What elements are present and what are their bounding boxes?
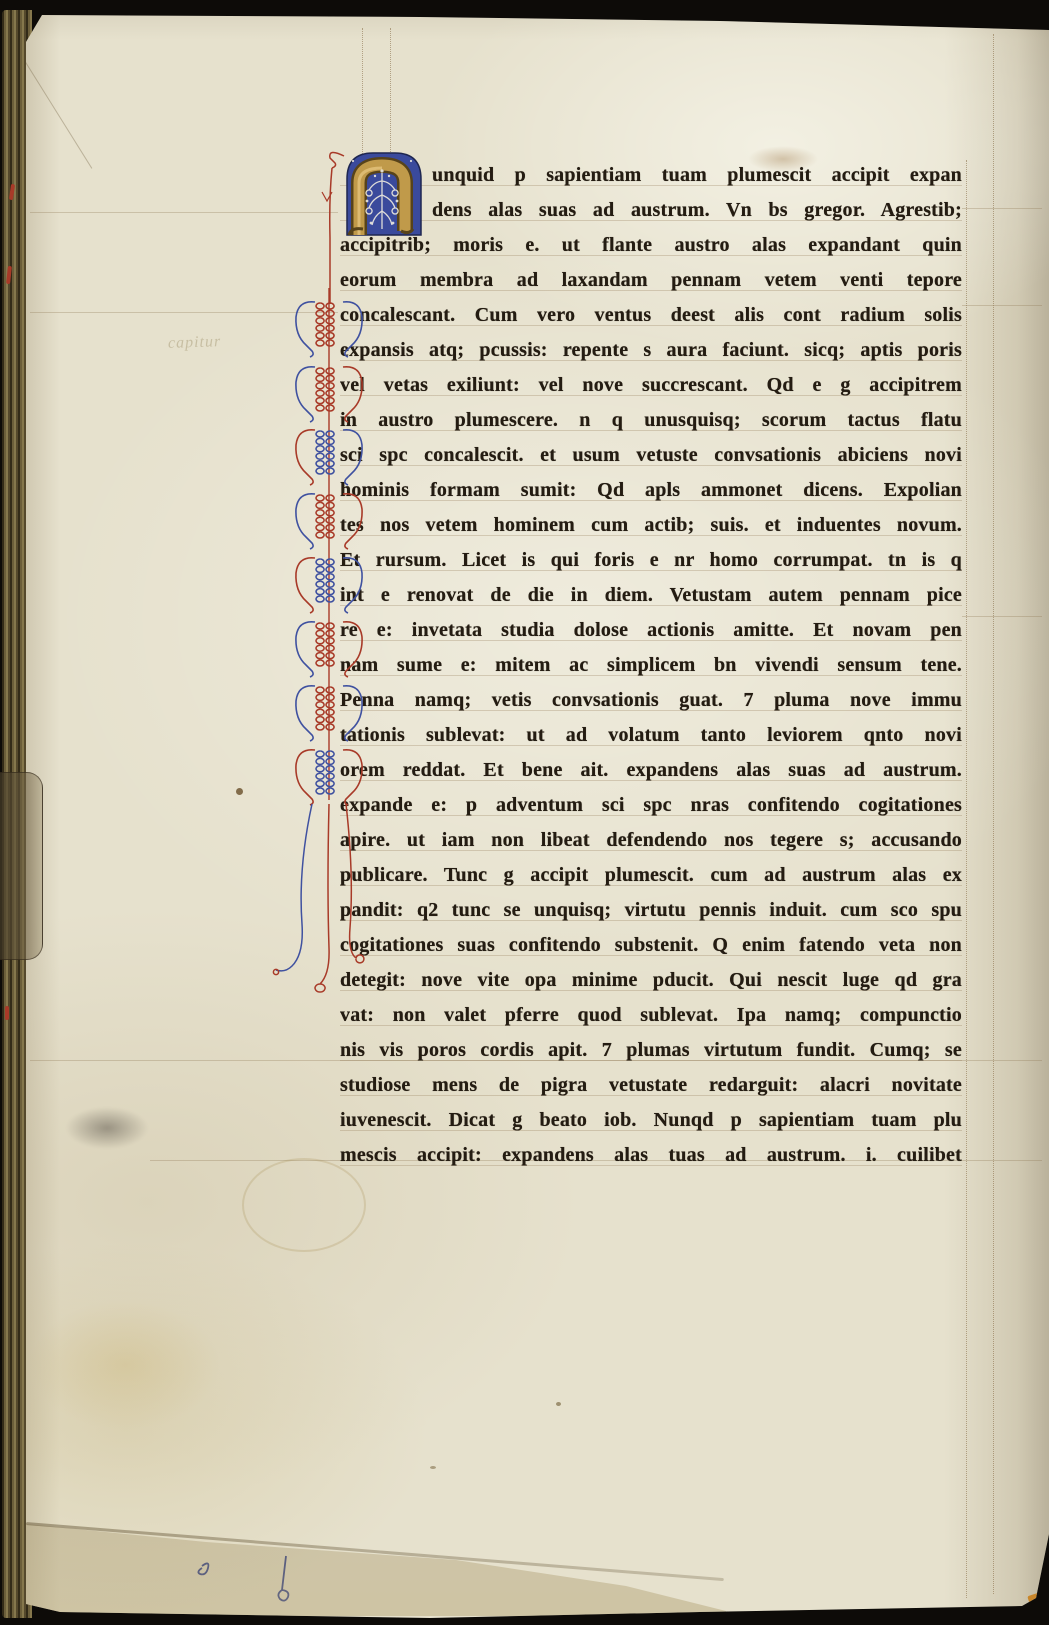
ink-spot xyxy=(430,1466,436,1469)
text-line: orem reddat. Et bene ait. expandens alas… xyxy=(340,753,962,788)
marginal-penwork xyxy=(272,288,386,1012)
text-line: eorum membra ad laxandam pennam vetem ve… xyxy=(340,263,962,298)
ink-spot xyxy=(556,1402,561,1406)
text-line: iuvenescit. Dicat g beato iob. Nunqd p s… xyxy=(340,1103,962,1138)
ruling-vertical xyxy=(390,28,391,156)
text-line: nam sume e: mitem ac simplicem bn vivend… xyxy=(340,648,962,683)
stain xyxy=(30,1300,220,1430)
text-line: expande e: p adventum sci spc nras confi… xyxy=(340,788,962,823)
ruling-horizontal xyxy=(30,212,338,213)
ink-spot xyxy=(236,788,243,795)
ruling-vertical xyxy=(993,34,994,1594)
ruling-horizontal xyxy=(962,616,1042,617)
text-line: studiose mens de pigra vetustate redargu… xyxy=(340,1068,962,1103)
ruling-horizontal xyxy=(962,208,1042,209)
text-block: unquid p sapientiam tuam plumescit accip… xyxy=(340,158,962,1178)
text-line: tes nos vetem hominem cum actib; suis. e… xyxy=(340,508,962,543)
gutter-tab xyxy=(0,772,43,960)
text-line: in austro plumescere. n q unusquisq; sco… xyxy=(340,403,962,438)
manuscript-photo: capitur unquid p sapientiam tuam plumesc… xyxy=(0,0,1049,1625)
text-line: int e renovat de die in diem. Vetustam a… xyxy=(340,578,962,613)
text-line: tationis sublevat: ut ad volatum tanto l… xyxy=(340,718,962,753)
text-line: mescis accipit: expandens alas tuas ad a… xyxy=(340,1138,962,1173)
stain xyxy=(52,1100,162,1156)
text-line: detegit: nove vite opa minime pducit. Qu… xyxy=(340,963,962,998)
text-line: vat: non valet pferre quod sublevat. Ipa… xyxy=(340,998,962,1033)
ruling-vertical xyxy=(966,160,967,1598)
parchment-crease xyxy=(25,61,93,168)
page-edge-glint xyxy=(1027,1592,1042,1603)
text-line: accipitrib; moris e. ut flante austro al… xyxy=(340,228,962,263)
text-line: expansis atq; pcussis: repente s aura fa… xyxy=(340,333,962,368)
text-line: re e: invetata studia dolose actionis am… xyxy=(340,613,962,648)
red-edge-mark xyxy=(5,1006,9,1020)
text-line: nis vis poros cordis apit. 7 plumas virt… xyxy=(340,1033,962,1068)
text-line: unquid p sapientiam tuam plumescit accip… xyxy=(340,158,962,193)
text-line: publicare. Tunc g accipit plumescit. cum… xyxy=(340,858,962,893)
ruling-horizontal xyxy=(962,305,1042,306)
penwork-tails xyxy=(273,804,363,992)
text-line: concalescant. Cum vero ventus deest alis… xyxy=(340,298,962,333)
text-line: cogitationes suas confitendo substenit. … xyxy=(340,928,962,963)
ghost-text: capitur xyxy=(168,333,222,353)
text-line: hominis formam sumit: Qd apls ammonet di… xyxy=(340,473,962,508)
text-line: apire. ut iam non libeat defendendo nos … xyxy=(340,823,962,858)
ruling-vertical xyxy=(362,28,363,156)
text-line: sci spc concalescit. et usum vetuste con… xyxy=(340,438,962,473)
text-line: Penna namq; vetis convsationis guat. 7 p… xyxy=(340,683,962,718)
manuscript-page: capitur unquid p sapientiam tuam plumesc… xyxy=(0,0,1049,1625)
text-line: vel vetas exiliunt: vel nove succrescant… xyxy=(340,368,962,403)
text-line: dens alas suas ad austrum. Vn bs gregor.… xyxy=(340,193,962,228)
red-flourish xyxy=(314,148,354,304)
text-line: pandit: q2 tunc se unquisq; virtutu penn… xyxy=(340,893,962,928)
text-line: Et rursum. Licet is qui foris e nr homo … xyxy=(340,543,962,578)
